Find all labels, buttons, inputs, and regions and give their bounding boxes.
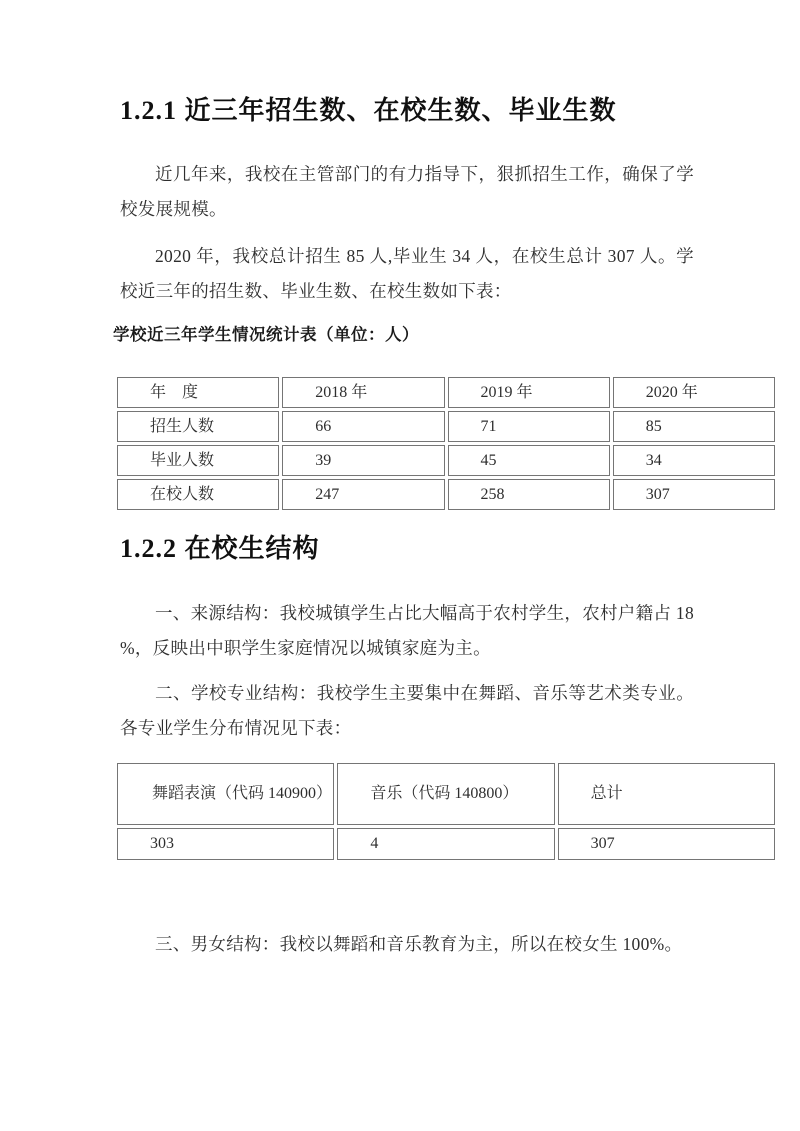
table-row: 毕业人数394534 <box>117 445 775 476</box>
table-cell: 307 <box>558 828 775 860</box>
table-caption-student-stats: 学校近三年学生情况统计表（单位：人） <box>113 321 419 345</box>
table-header-cell: 总计 <box>558 763 775 825</box>
table-header-cell: 舞蹈表演（代码 140900） <box>117 763 334 825</box>
table-cell: 45 <box>448 445 610 476</box>
table-cell: 85 <box>613 411 775 442</box>
paragraph-gender-structure: 三、男女结构：我校以舞蹈和音乐教育为主，所以在校女生 100%。 <box>120 927 720 962</box>
major-distribution-table: 舞蹈表演（代码 140900）音乐（代码 140800）总计3034307 <box>114 760 778 863</box>
table-row: 3034307 <box>117 828 775 860</box>
table-cell: 招生人数 <box>117 411 279 442</box>
paragraph-major-structure: 二、学校专业结构：我校学生主要集中在舞蹈、音乐等艺术类专业。各专业学生分布情况见… <box>120 676 694 746</box>
table-cell: 在校人数 <box>117 479 279 510</box>
table-cell: 66 <box>282 411 444 442</box>
table-header-cell: 2020 年 <box>613 377 775 408</box>
table-cell: 毕业人数 <box>117 445 279 476</box>
table-header-row: 年 度2018 年2019 年2020 年 <box>117 377 775 408</box>
section-heading-1-2-1: 1.2.1 近三年招生数、在校生数、毕业生数 <box>120 94 617 128</box>
table-header-cell: 年 度 <box>117 377 279 408</box>
table-header-cell: 2018 年 <box>282 377 444 408</box>
table-cell: 303 <box>117 828 334 860</box>
table-header-row: 舞蹈表演（代码 140900）音乐（代码 140800）总计 <box>117 763 775 825</box>
table-header-cell: 音乐（代码 140800） <box>337 763 554 825</box>
table-row: 招生人数667185 <box>117 411 775 442</box>
paragraph-enrollment-overview: 近几年来，我校在主管部门的有力指导下，狠抓招生工作，确保了学校发展规模。 <box>120 157 694 227</box>
table-cell: 307 <box>613 479 775 510</box>
table-header-cell: 2019 年 <box>448 377 610 408</box>
student-stats-table: 年 度2018 年2019 年2020 年招生人数667185毕业人数39453… <box>114 374 778 513</box>
table-cell: 247 <box>282 479 444 510</box>
table-cell: 4 <box>337 828 554 860</box>
table-cell: 258 <box>448 479 610 510</box>
paragraph-source-structure: 一、来源结构：我校城镇学生占比大幅高于农村学生，农村户籍占 18 %，反映出中职… <box>120 596 694 666</box>
table-cell: 34 <box>613 445 775 476</box>
paragraph-2020-statistics: 2020 年，我校总计招生 85 人,毕业生 34 人，在校生总计 307 人。… <box>120 239 694 309</box>
table-cell: 39 <box>282 445 444 476</box>
table-cell: 71 <box>448 411 610 442</box>
document-page: 1.2.1 近三年招生数、在校生数、毕业生数 近几年来，我校在主管部门的有力指导… <box>0 0 800 1131</box>
section-heading-1-2-2: 1.2.2 在校生结构 <box>120 532 320 566</box>
table-row: 在校人数247258307 <box>117 479 775 510</box>
